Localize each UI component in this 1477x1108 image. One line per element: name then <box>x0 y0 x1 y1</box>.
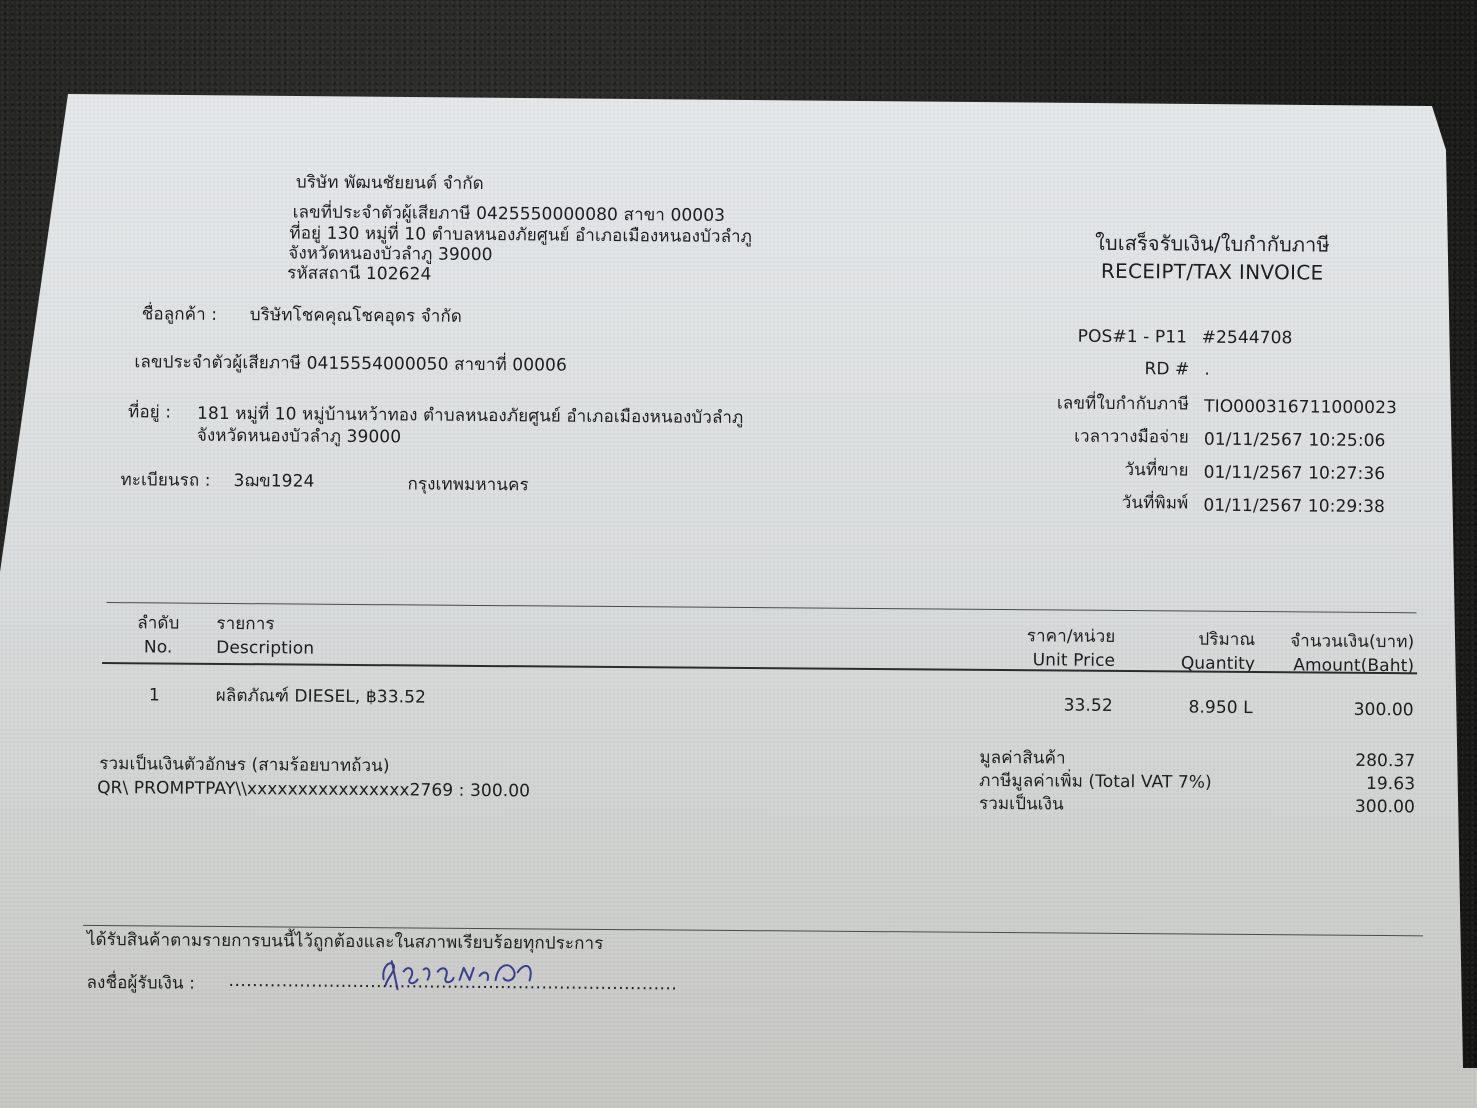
field-label-print-date: วันที่พิมพ์ <box>960 492 1188 514</box>
col-header-unit-price-th: ราคา/หน่วย <box>979 626 1115 647</box>
col-header-no-th: ลำดับ <box>127 613 189 633</box>
total-value-grand: 300.00 <box>1298 796 1415 817</box>
total-value-vat: 19.63 <box>1298 773 1415 794</box>
field-label-sale-date: วันที่ขาย <box>961 459 1189 481</box>
col-header-quantity-th: ปริมาณ <box>1139 629 1255 650</box>
customer-tax-id: เลขประจำตัวผู้เสียภาษี 0415554000050 สาข… <box>134 352 567 375</box>
total-label-grand: รวมเป็นเงิน <box>979 794 1064 815</box>
pos-terminal: POS#1 - P11 <box>1078 327 1188 348</box>
customer-address-line2: จังหวัดหนองบัวลำภู 39000 <box>197 426 401 448</box>
handwritten-signature <box>380 949 540 994</box>
col-header-unit-price-en: Unit Price <box>979 650 1115 671</box>
field-value-pump-time: 01/11/2567 10:25:06 <box>1204 430 1386 451</box>
customer-name-label: ชื่อลูกค้า : <box>142 304 217 325</box>
seller-address-line2: จังหวัดหนองบัวลำภู 39000 <box>288 243 492 265</box>
field-label-tax-invoice-no: เลขที่ใบกำกับภาษี <box>961 393 1189 415</box>
row-amount: 300.00 <box>1279 699 1414 720</box>
vehicle-plate: 3ฌข1924 <box>233 471 314 492</box>
seller-tax-id: เลขที่ประจำตัวผู้เสียภาษี 0425550000080 … <box>293 202 726 225</box>
receipt-document: บริษัท พัฒนชัยยนต์ จำกัด เลขที่ประจำตัวผ… <box>0 0 1477 1108</box>
customer-address-label: ที่อยู่ : <box>128 402 171 422</box>
document-title-english: RECEIPT/TAX INVOICE <box>1062 261 1362 283</box>
col-header-amount-th: จำนวนเงิน(บาท) <box>1269 631 1414 652</box>
col-header-no-en: No. <box>127 637 189 657</box>
field-value-tax-invoice-no: TIO000316711000023 <box>1204 397 1397 419</box>
col-header-description-en: Description <box>216 638 314 659</box>
document-title-thai: ใบเสร็จรับเงิน/ใบกำกับภาษี <box>1062 233 1362 255</box>
field-value-sale-date: 01/11/2567 10:27:36 <box>1204 463 1386 484</box>
customer-address-line1: 181 หมู่ที่ 10 หมู่บ้านหว้าทอง ตำบลหนองภ… <box>197 404 743 428</box>
customer-name: บริษัทโชคคุณโชคอุดร จำกัด <box>250 305 462 327</box>
receipt-paper: บริษัท พัฒนชัยยนต์ จำกัด เลขที่ประจำตัวผ… <box>0 0 1477 1108</box>
vehicle-plate-label: ทะเบียนรถ : <box>120 470 210 491</box>
seller-company-name: บริษัท พัฒนชัยยนต์ จำกัด <box>296 173 484 194</box>
payment-method: QR\ PROMPTPAY\\xxxxxxxxxxxxxxxx2769 : 30… <box>97 778 530 801</box>
signature-label: ลงชื่อผู้รับเงิน : <box>87 973 196 994</box>
total-value-subtotal: 280.37 <box>1298 750 1415 771</box>
row-unit-price: 33.52 <box>999 695 1113 716</box>
receipt-number: #2544708 <box>1202 328 1293 349</box>
total-label-subtotal: มูลค่าสินค้า <box>979 748 1065 769</box>
col-header-description-th: รายการ <box>216 614 274 634</box>
row-quantity: 8.950 L <box>1139 697 1253 718</box>
vehicle-plate-province: กรุงเทพมหานคร <box>407 474 528 495</box>
field-value-rd: . <box>1204 360 1210 380</box>
field-label-pump-time: เวลาวางมือจ่าย <box>961 426 1189 448</box>
total-label-vat: ภาษีมูลค่าเพิ่ม (Total VAT 7%) <box>979 771 1212 793</box>
table-top-rule <box>107 602 1417 613</box>
row-no: 1 <box>127 685 182 705</box>
row-description: ผลิตภัณฑ์ DIESEL, ฿33.52 <box>216 686 426 708</box>
seller-station-code: รหัสสถานี 102624 <box>287 263 431 284</box>
field-value-print-date: 01/11/2567 10:29:38 <box>1203 496 1385 517</box>
amount-in-words: รวมเป็นเงินตัวอักษร (สามร้อยบาทถ้วน) <box>99 754 390 776</box>
field-label-rd: RD # <box>961 358 1189 380</box>
